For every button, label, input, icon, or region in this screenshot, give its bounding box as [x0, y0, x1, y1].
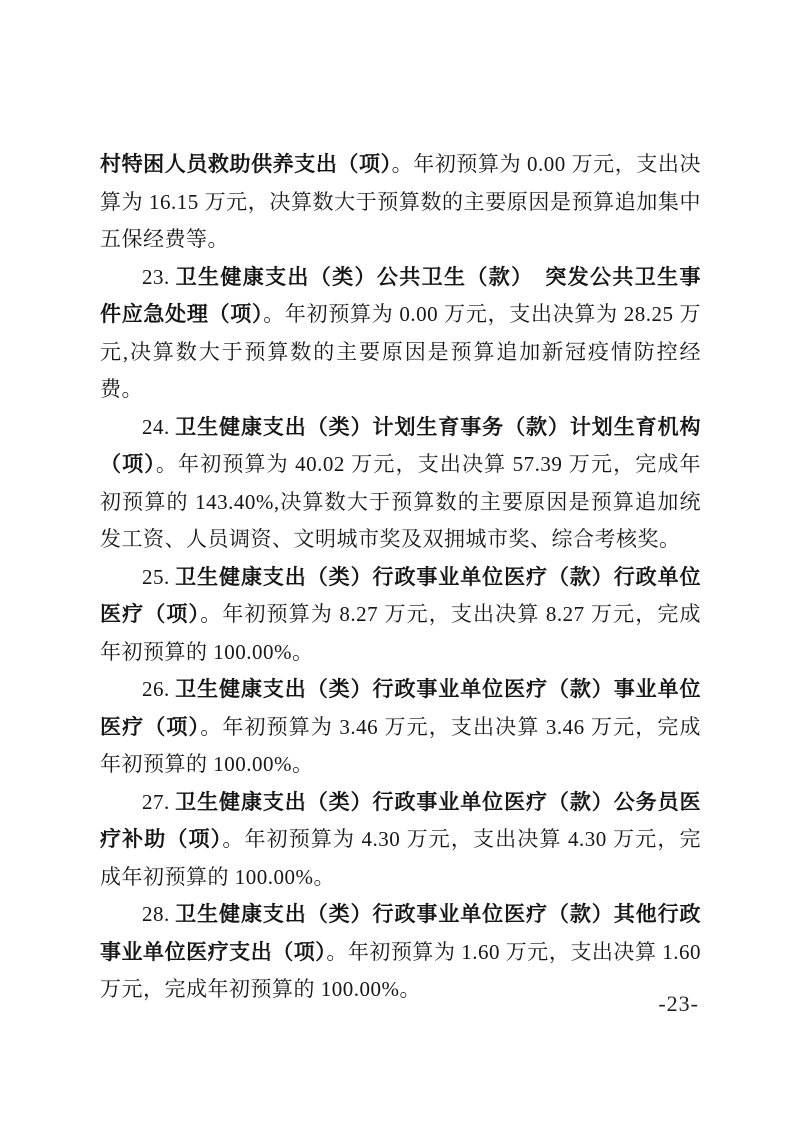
item-number: 26. [142, 677, 170, 701]
item-heading: 村特困人员救助供养支出（项） [100, 152, 392, 176]
budget-item-27: 27.卫生健康支出（类）行政事业单位医疗（款）公务员医疗补助（项）。年初预算为 … [100, 784, 701, 897]
item-number: 24. [142, 415, 170, 439]
budget-item-24: 24.卫生健康支出（类）计划生育事务（款）计划生育机构（项）。年初预算为 40.… [100, 409, 701, 559]
item-number: 23. [142, 265, 170, 289]
item-number: 27. [142, 790, 170, 814]
budget-item-25: 25.卫生健康支出（类）行政事业单位医疗（款）行政单位医疗（项）。年初预算为 8… [100, 559, 701, 672]
item-number: 28. [142, 902, 170, 926]
item-number: 25. [142, 565, 170, 589]
paragraph-continuation: 村特困人员救助供养支出（项）。年初预算为 0.00 万元，支出决算为 16.15… [100, 146, 701, 259]
budget-item-23: 23.卫生健康支出（类）公共卫生（款） 突发公共卫生事件应急处理（项）。年初预算… [100, 259, 701, 409]
document-body: 村特困人员救助供养支出（项）。年初预算为 0.00 万元，支出决算为 16.15… [100, 146, 701, 1009]
page-number: -23- [658, 991, 699, 1017]
budget-item-28: 28.卫生健康支出（类）行政事业单位医疗（款）其他行政事业单位医疗支出（项）。年… [100, 896, 701, 1009]
budget-item-26: 26.卫生健康支出（类）行政事业单位医疗（款）事业单位医疗（项）。年初预算为 3… [100, 671, 701, 784]
item-body: 。年初预算为 40.02 万元，支出决算 57.39 万元，完成年初预算的 14… [100, 452, 701, 551]
document-page: 村特困人员救助供养支出（项）。年初预算为 0.00 万元，支出决算为 16.15… [0, 0, 793, 1122]
